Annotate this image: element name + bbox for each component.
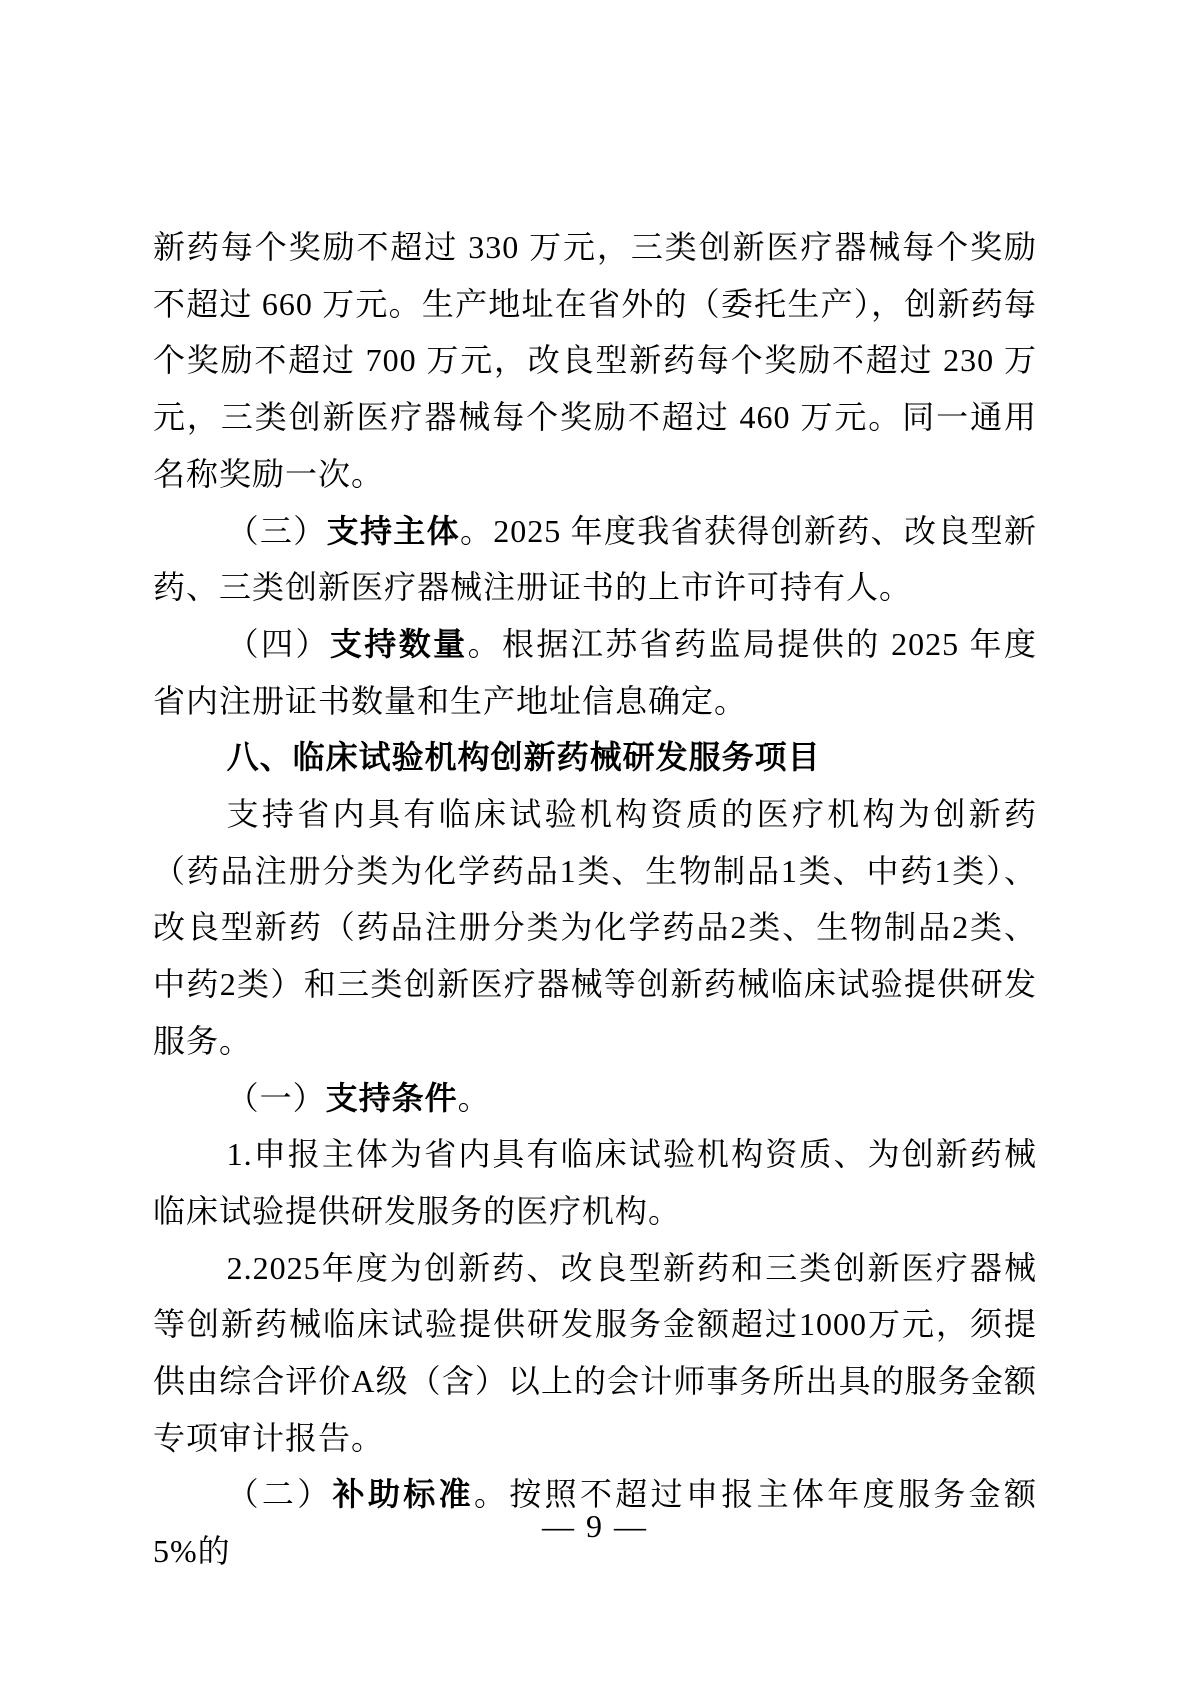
bold-run: 支持条件 <box>326 1080 458 1116</box>
text-run: 新药每个奖励不超过 330 万元，三类创新医疗器械每个奖励不超过 660 万元。… <box>153 229 1037 492</box>
paragraph-support-subject: （三）支持主体。2025 年度我省获得创新药、改良型新药、三类创新医疗器械注册证… <box>153 503 1037 616</box>
page-number: — 9 — <box>0 1506 1190 1546</box>
paragraph-condition-1: 1.申报主体为省内具有临床试验机构资质、为创新药械临床试验提供研发服务的医疗机构… <box>153 1126 1037 1239</box>
text-run: 1.申报主体为省内具有临床试验机构资质、为创新药械临床试验提供研发服务的医疗机构… <box>153 1136 1037 1229</box>
text-run: 支持省内具有临床试验机构资质的医疗机构为创新药（药品注册分类为化学药品1类、生物… <box>153 796 1037 1059</box>
document-body: 新药每个奖励不超过 330 万元，三类创新医疗器械每个奖励不超过 660 万元。… <box>153 219 1037 1580</box>
bold-run: 支持主体 <box>327 513 460 549</box>
paragraph-condition-2: 2.2025年度为创新药、改良型新药和三类创新医疗器械等创新药械临床试验提供研发… <box>153 1240 1037 1467</box>
paragraph-support-quantity: （四）支持数量。根据江苏省药监局提供的 2025 年度省内注册证书数量和生产地址… <box>153 616 1037 729</box>
text-run: 2.2025年度为创新药、改良型新药和三类创新医疗器械等创新药械临床试验提供研发… <box>153 1250 1037 1456</box>
bold-run: 支持数量 <box>330 626 468 662</box>
text-run: 。 <box>458 1080 491 1116</box>
paragraph-support-conditions: （一）支持条件。 <box>153 1070 1037 1127</box>
text-run: （一） <box>227 1080 326 1116</box>
document-page: { "content": { "p1": { "text": "新药每个奖励不超… <box>0 0 1190 1683</box>
text-run: （三） <box>227 513 327 549</box>
section-heading: 八、临床试验机构创新药械研发服务项目 <box>153 729 1037 786</box>
paragraph-reward-limits: 新药每个奖励不超过 330 万元，三类创新医疗器械每个奖励不超过 660 万元。… <box>153 219 1037 503</box>
text-run: （四） <box>227 626 330 662</box>
paragraph-section-intro: 支持省内具有临床试验机构资质的医疗机构为创新药（药品注册分类为化学药品1类、生物… <box>153 786 1037 1070</box>
